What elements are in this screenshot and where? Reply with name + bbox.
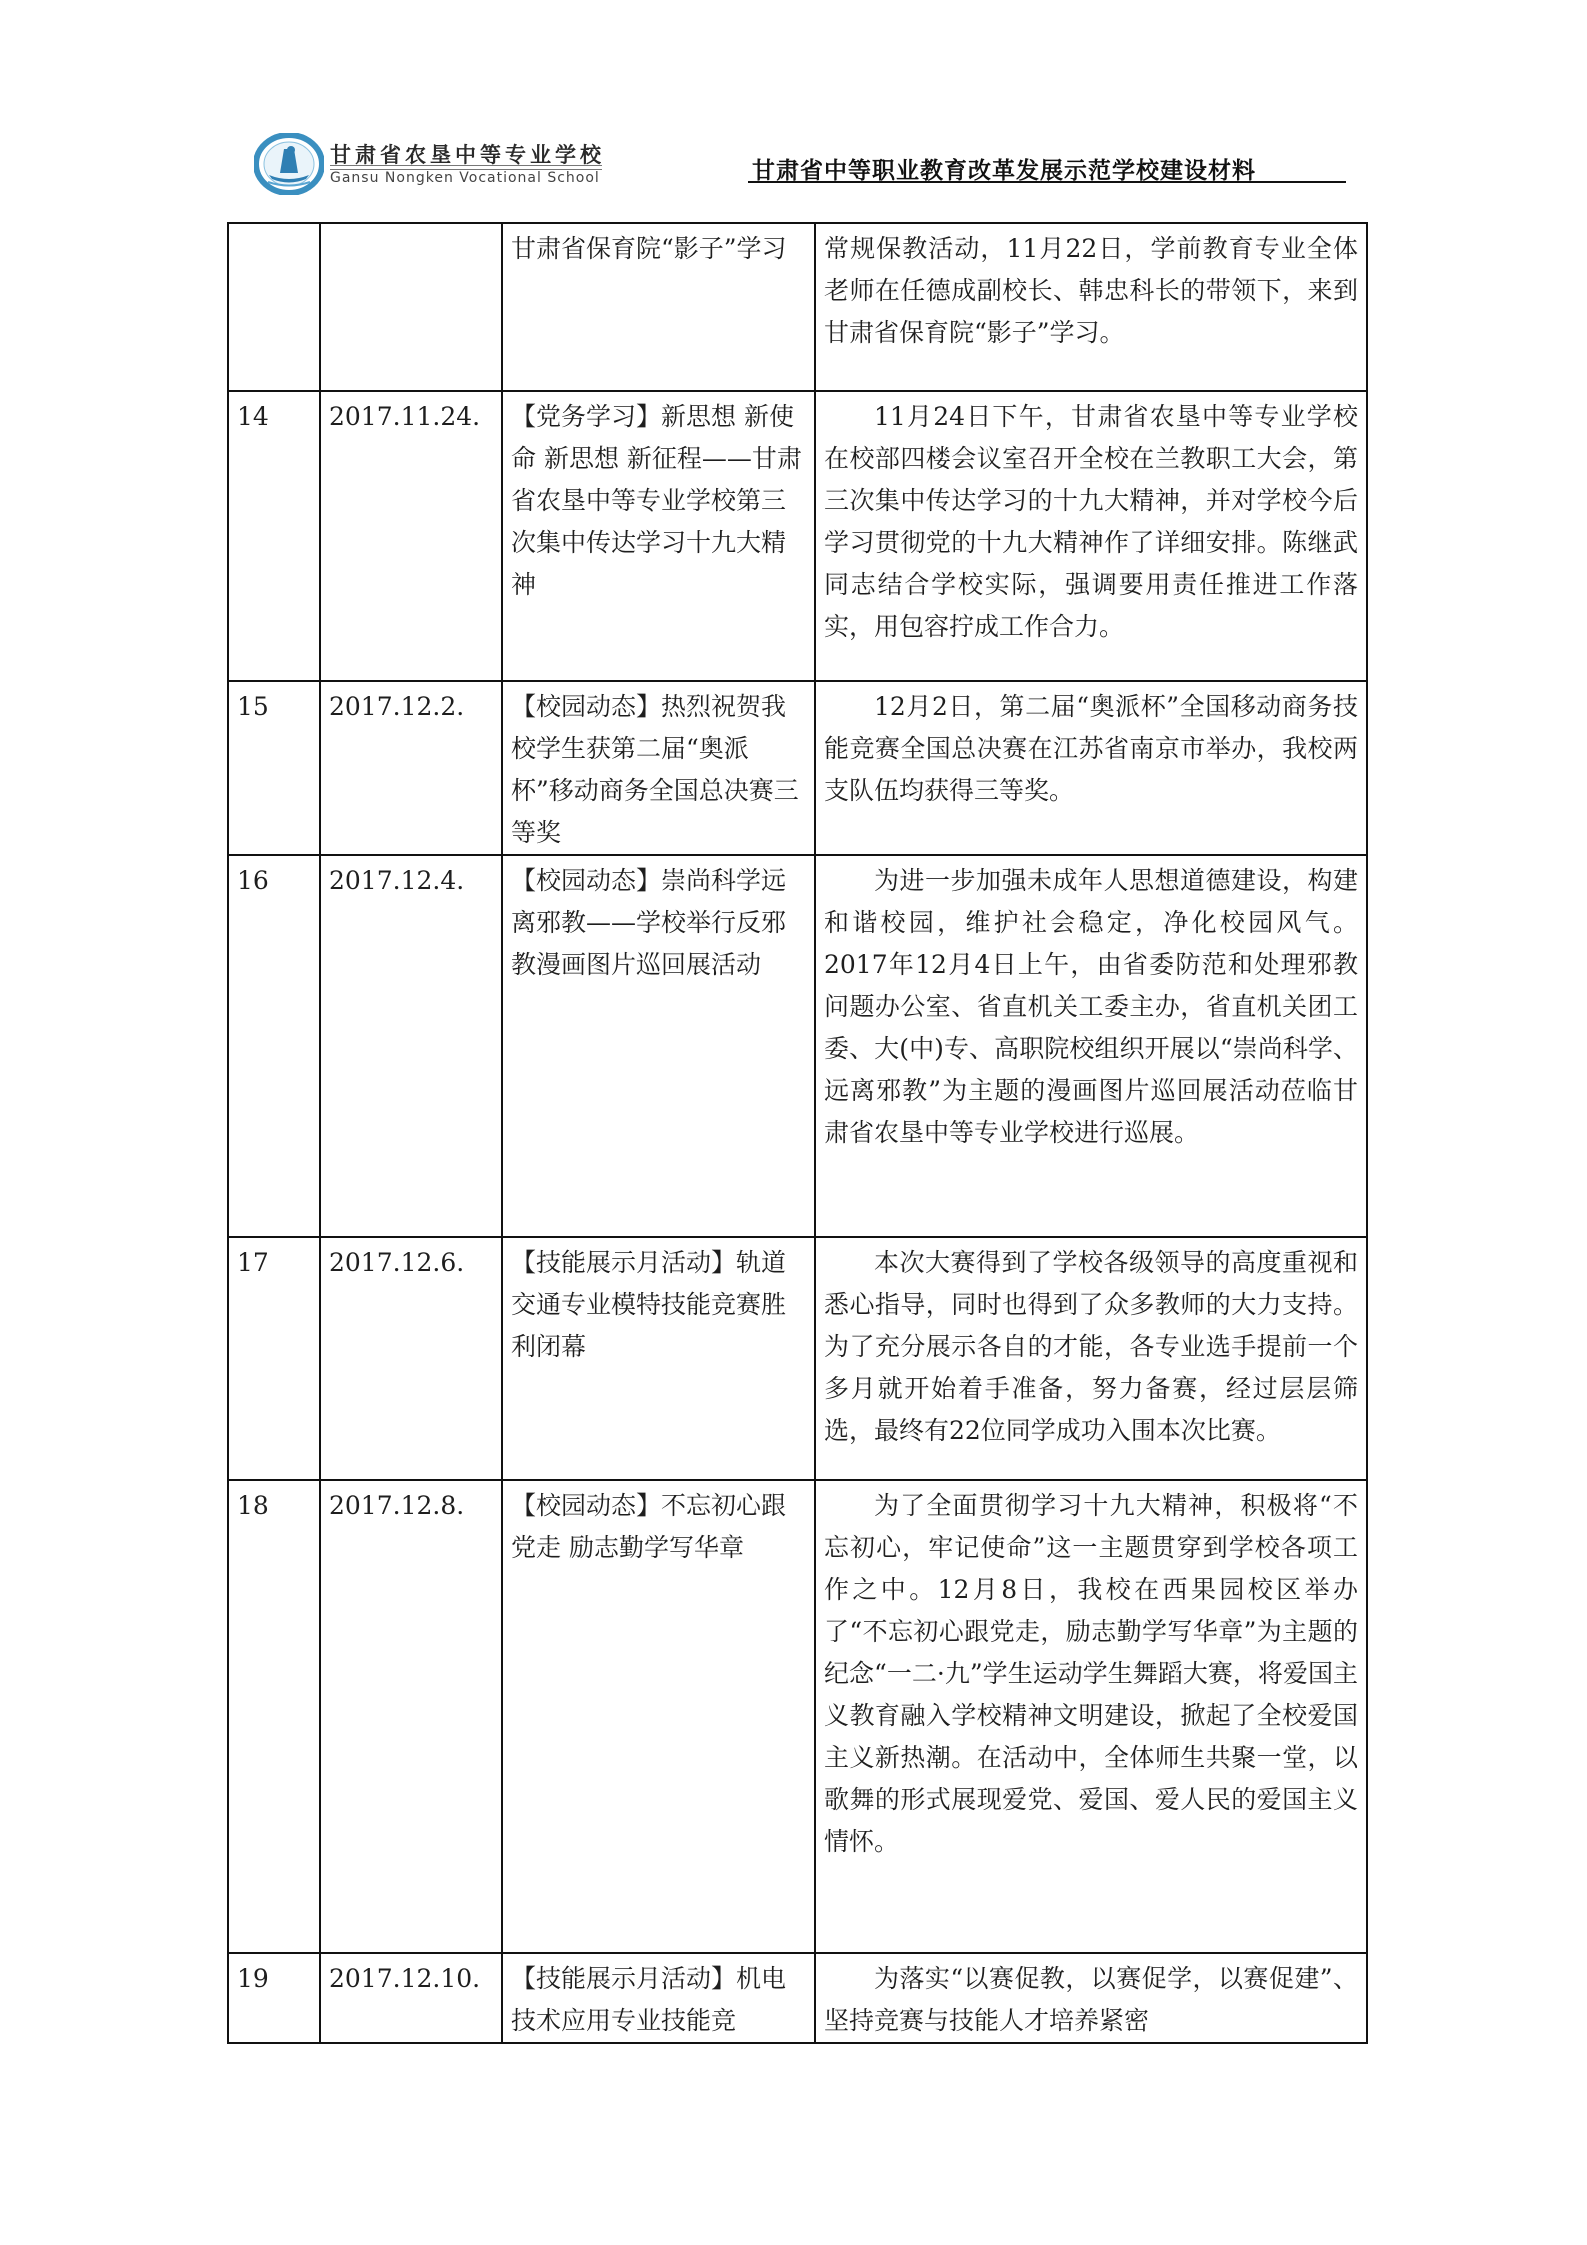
table-row: 15 2017.12.2. 【校园动态】热烈祝贺我校学生获第二届“奥派杯”移动商… (228, 681, 1367, 855)
row-title: 【校园动态】不忘初心跟党走 励志勤学写华章 (502, 1480, 815, 1953)
row-body: 为了全面贯彻学习十九大精神，积极将“不忘初心，牢记使命”这一主题贯穿到学校各项工… (815, 1480, 1367, 1953)
row-date: 2017.12.10. (320, 1953, 502, 2043)
table-row: 16 2017.12.4. 【校园动态】崇尚科学远离邪教——学校举行反邪教漫画图… (228, 855, 1367, 1237)
row-date: 2017.11.24. (320, 391, 502, 681)
document-title-underline (748, 181, 1346, 183)
row-body: 本次大赛得到了学校各级领导的高度重视和悉心指导，同时也得到了众多教师的大力支持。… (815, 1237, 1367, 1480)
row-date: 2017.12.2. (320, 681, 502, 855)
row-number: 19 (228, 1953, 320, 2043)
row-body: 12月2日，第二届“奥派杯”全国移动商务技能竞赛全国总决赛在江苏省南京市举办，我… (815, 681, 1367, 855)
row-body: 为落实“以赛促教，以赛促学，以赛促建”、坚持竞赛与技能人才培养紧密 (815, 1953, 1367, 2043)
school-name-en: Gansu Nongken Vocational School (330, 170, 600, 186)
row-title: 【技能展示月活动】机电技术应用专业技能竞 (502, 1953, 815, 2043)
row-number: 14 (228, 391, 320, 681)
table-row: 甘肃省保育院“影子”学习 常规保教活动，11月22日，学前教育专业全体老师在任德… (228, 223, 1367, 391)
table-row: 17 2017.12.6. 【技能展示月活动】轨道交通专业模特技能竞赛胜利闭幕 … (228, 1237, 1367, 1480)
table-row: 18 2017.12.8. 【校园动态】不忘初心跟党走 励志勤学写华章 为了全面… (228, 1480, 1367, 1953)
row-title: 【技能展示月活动】轨道交通专业模特技能竞赛胜利闭幕 (502, 1237, 815, 1480)
row-title: 【校园动态】热烈祝贺我校学生获第二届“奥派杯”移动商务全国总决赛三等奖 (502, 681, 815, 855)
records-table: 甘肃省保育院“影子”学习 常规保教活动，11月22日，学前教育专业全体老师在任德… (227, 222, 1368, 2044)
page-header: 甘肃省农垦中等专业学校 Gansu Nongken Vocational Sch… (0, 0, 1587, 210)
row-body: 11月24日下午，甘肃省农垦中等专业学校在校部四楼会议室召开全校在兰教职工大会，… (815, 391, 1367, 681)
row-date: 2017.12.6. (320, 1237, 502, 1480)
row-number: 18 (228, 1480, 320, 1953)
row-body: 为进一步加强未成年人思想道德建设，构建和谐校园，维护社会稳定，净化校园风气。20… (815, 855, 1367, 1237)
row-number: 17 (228, 1237, 320, 1480)
row-date: 2017.12.8. (320, 1480, 502, 1953)
row-date: 2017.12.4. (320, 855, 502, 1237)
row-number: 16 (228, 855, 320, 1237)
table-row: 14 2017.11.24. 【党务学习】新思想 新使命 新思想 新征程——甘肃… (228, 391, 1367, 681)
row-title: 【校园动态】崇尚科学远离邪教——学校举行反邪教漫画图片巡回展活动 (502, 855, 815, 1237)
table-row: 19 2017.12.10. 【技能展示月活动】机电技术应用专业技能竞 为落实“… (228, 1953, 1367, 2043)
row-number: 15 (228, 681, 320, 855)
row-number (228, 223, 320, 391)
school-emblem-icon (254, 133, 324, 195)
row-date (320, 223, 502, 391)
row-title: 【党务学习】新思想 新使命 新思想 新征程——甘肃省农垦中等专业学校第三次集中传… (502, 391, 815, 681)
row-body: 常规保教活动，11月22日，学前教育专业全体老师在任德成副校长、韩忠科长的带领下… (815, 223, 1367, 391)
row-title: 甘肃省保育院“影子”学习 (502, 223, 815, 391)
